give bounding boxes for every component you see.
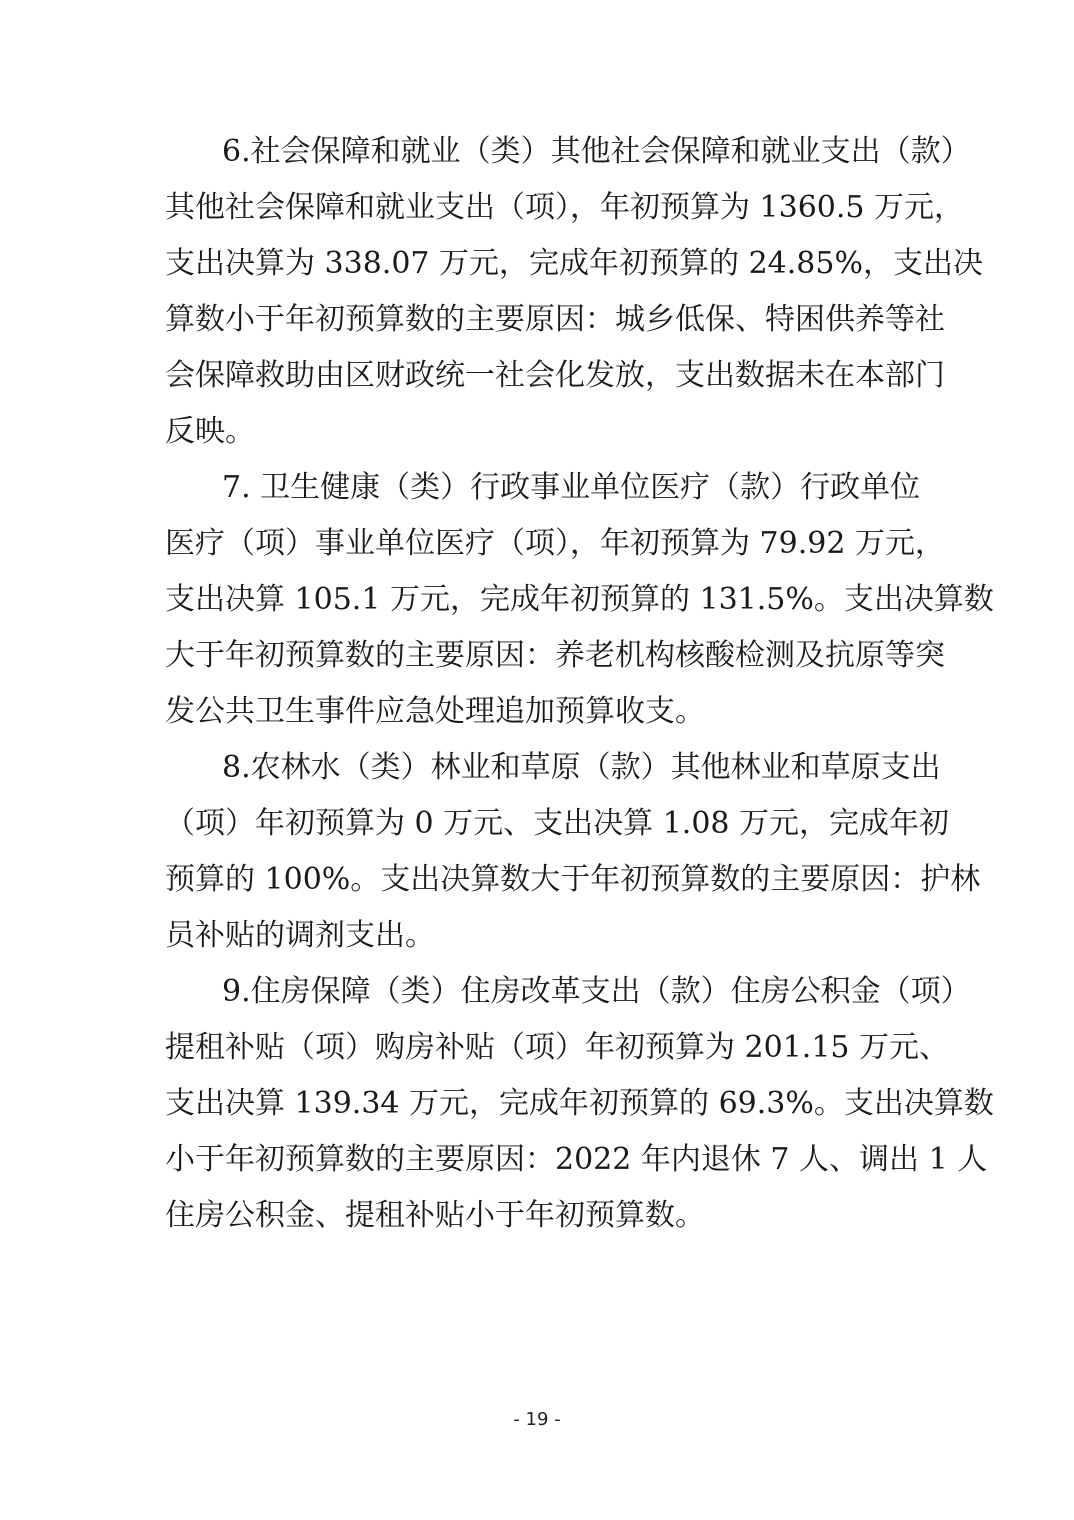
text-line: 6.社会保障和就业（类）其他社会保障和就业支出（款）	[222, 132, 912, 172]
text-line: 其他社会保障和就业支出（项），年初预算为 1360.5 万元，	[165, 188, 912, 228]
text-line: 预算的 100%。支出决算数大于年初预算数的主要原因：护林	[165, 860, 912, 900]
text-line: 反映。	[165, 412, 912, 452]
text-line: 住房公积金、提租补贴小于年初预算数。	[165, 1196, 912, 1236]
text-line: 7. 卫生健康（类）行政事业单位医疗（款）行政单位	[222, 468, 912, 508]
page-number: - 19 -	[0, 1408, 1074, 1432]
text-line: 支出决算 105.1 万元，完成年初预算的 131.5%。支出决算数	[165, 580, 912, 620]
text-line: 提租补贴（项）购房补贴（项）年初预算为 201.15 万元、	[165, 1028, 912, 1068]
document-page: 6.社会保障和就业（类）其他社会保障和就业支出（款） 其他社会保障和就业支出（项…	[0, 0, 1074, 1520]
text-line: 大于年初预算数的主要原因：养老机构核酸检测及抗原等突	[165, 636, 912, 676]
text-line: 9.住房保障（类）住房改革支出（款）住房公积金（项）	[222, 972, 912, 1012]
text-line: 会保障救助由区财政统一社会化发放，支出数据未在本部门	[165, 356, 912, 396]
text-line: 支出决算为 338.07 万元，完成年初预算的 24.85%，支出决	[165, 244, 912, 284]
text-line: （项）年初预算为 0 万元、支出决算 1.08 万元，完成年初	[165, 804, 912, 844]
text-line: 医疗（项）事业单位医疗（项），年初预算为 79.92 万元，	[165, 524, 912, 564]
text-line: 8.农林水（类）林业和草原（款）其他林业和草原支出	[222, 748, 912, 788]
text-line: 支出决算 139.34 万元，完成年初预算的 69.3%。支出决算数	[165, 1084, 912, 1124]
text-line: 算数小于年初预算数的主要原因：城乡低保、特困供养等社	[165, 300, 912, 340]
text-line: 发公共卫生事件应急处理追加预算收支。	[165, 692, 912, 732]
text-line: 小于年初预算数的主要原因：2022 年内退休 7 人、调出 1 人	[165, 1140, 912, 1180]
text-line: 员补贴的调剂支出。	[165, 916, 912, 956]
